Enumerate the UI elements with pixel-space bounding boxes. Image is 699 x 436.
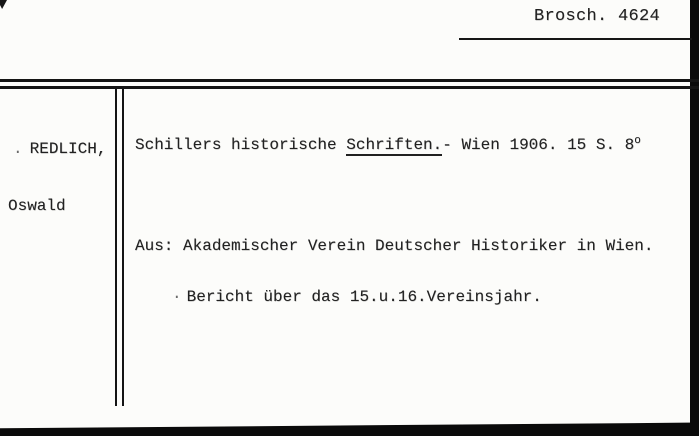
author-surname: REDLICH, [30, 140, 107, 158]
author-heading: .REDLICH, Oswald [8, 102, 106, 254]
catalog-card: Brosch. 4624 .REDLICH, Oswald Schillers … [0, 0, 699, 436]
stray-dot-mark: · [172, 288, 182, 306]
vertical-double-rule [115, 89, 124, 406]
shelfmark: Brosch. 4624 [534, 7, 660, 26]
title-line: Schillers historische Schriften.- Wien 1… [135, 135, 653, 158]
source-line-2: ·Bericht über das 15.u.16.Vereinsjahr. [135, 289, 653, 306]
scan-edge-bottom [0, 422, 699, 436]
format-superscript: o [634, 131, 641, 152]
title-underlined: Schriften. [346, 136, 442, 156]
author-surname-line: .REDLICH, [8, 140, 106, 159]
source-line-2-text: Bericht über das 15.u.16.Vereinsjahr. [187, 288, 542, 306]
stray-dot-mark: . [13, 140, 23, 158]
entry: Schillers historische Schriften.- Wien 1… [135, 99, 653, 376]
imprint-text: - Wien 1906. 15 S. 8 [442, 136, 634, 154]
scan-edge-right [690, 0, 699, 436]
scan-corner-mark [0, 0, 7, 9]
author-forename: Oswald [8, 197, 106, 216]
title-text: Schillers historische [135, 136, 346, 154]
source-line-1: Aus: Akademischer Verein Deutscher Histo… [135, 238, 653, 255]
horizontal-double-rule [0, 79, 699, 89]
source-note: Aus: Akademischer Verein Deutscher Histo… [135, 204, 653, 340]
shelfmark-rule [459, 38, 692, 40]
